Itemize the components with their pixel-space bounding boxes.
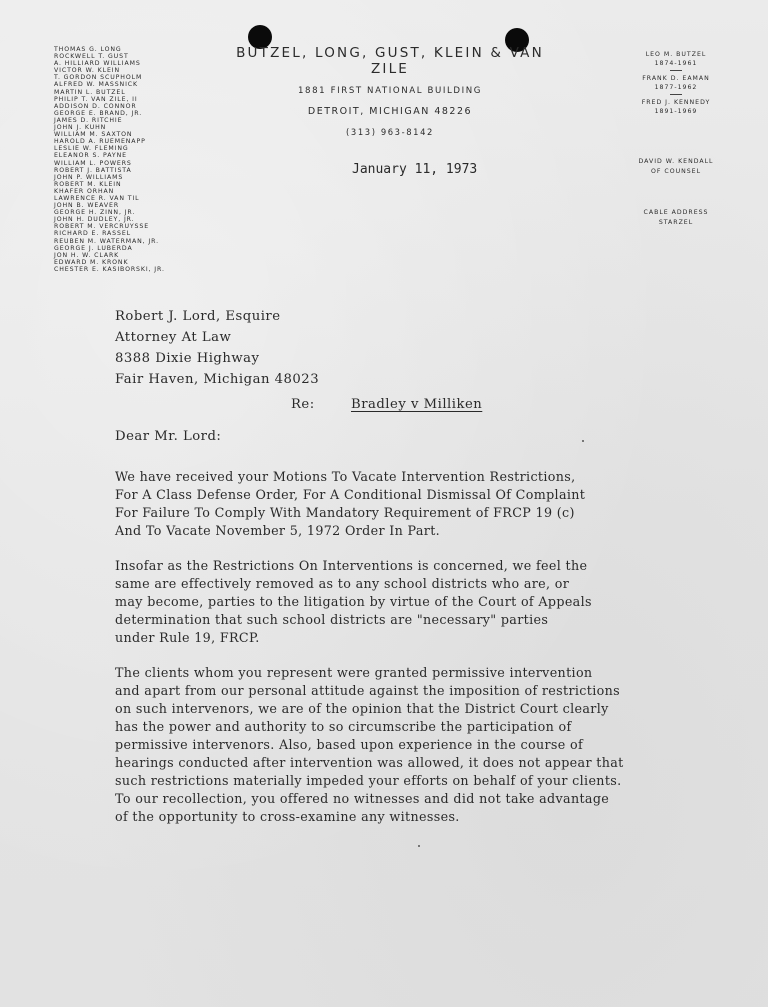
case-name: Bradley v Milliken: [351, 397, 486, 412]
firm-city: DETROIT, MICHIGAN 48226: [220, 106, 560, 117]
partner-name: RICHARD E. RASSEL: [54, 230, 165, 237]
partner-name: JOHN J. KUHN: [54, 124, 165, 131]
paragraph-line: To our recollection, you offered no witn…: [115, 790, 715, 808]
partner-name: KHAFER ORHAN: [54, 188, 165, 195]
of-counsel-label: OF COUNSEL: [620, 167, 732, 177]
partner-name: JOHN H. DUDLEY, JR.: [54, 216, 165, 223]
partner-name: REUBEN M. WATERMAN, JR.: [54, 238, 165, 245]
paragraph-line: For A Class Defense Order, For A Conditi…: [115, 486, 715, 504]
paragraph-line: We have received your Motions To Vacate …: [115, 468, 715, 486]
paragraph-3: The clients whom you represent were gran…: [115, 664, 715, 826]
divider: [670, 94, 682, 95]
firm-phone: (313) 963-8142: [220, 127, 560, 137]
partner-name: JON H. W. CLARK: [54, 252, 165, 259]
partner-name: HAROLD A. RUEMENAPP: [54, 138, 165, 145]
paragraph-line: For Failure To Comply With Mandatory Req…: [115, 504, 715, 522]
of-counsel: DAVID W. KENDALL OF COUNSEL: [620, 157, 732, 177]
partner-name: ELEANOR S. PAYNE: [54, 152, 165, 159]
letter-page: THOMAS G. LONGROCKWELL T. GUSTA. HILLIAR…: [0, 0, 768, 1007]
memorial-entry: LEO M. BUTZEL 1874-1961: [620, 50, 732, 68]
partner-name: CHESTER E. KASIBORSKI, JR.: [54, 266, 165, 273]
partner-name: JOHN P. WILLIAMS: [54, 174, 165, 181]
partner-name: WILLIAM M. SAXTON: [54, 131, 165, 138]
partner-name: MARTIN L. BUTZEL: [54, 89, 165, 96]
paragraph-2: Insofar as the Restrictions On Intervent…: [115, 557, 715, 647]
paragraph-line: of the opportunity to cross-examine any …: [115, 808, 715, 826]
partner-name: ROBERT M. VERCRUYSSE: [54, 223, 165, 230]
divider: [670, 70, 682, 71]
paragraph-1: We have received your Motions To Vacate …: [115, 468, 715, 540]
partners-list: THOMAS G. LONGROCKWELL T. GUSTA. HILLIAR…: [54, 46, 165, 273]
firm-name: BUTZEL, LONG, GUST, KLEIN & VAN ZILE: [220, 45, 560, 77]
paragraph-line: on such intervenors, we are of the opini…: [115, 700, 715, 718]
paragraph-line: hearings conducted after intervention wa…: [115, 754, 715, 772]
partner-name: VICTOR W. KLEIN: [54, 67, 165, 74]
paragraph-line: permissive intervenors. Also, based upon…: [115, 736, 715, 754]
letter-date: January 11, 1973: [352, 162, 477, 177]
paragraph-line: and apart from our personal attitude aga…: [115, 682, 715, 700]
partner-name: LESLIE W. FLEMING: [54, 145, 165, 152]
memorial-name: LEO M. BUTZEL: [620, 50, 732, 59]
letterhead: BUTZEL, LONG, GUST, KLEIN & VAN ZILE 188…: [220, 45, 560, 137]
partner-name: GEORGE E. BRAND, JR.: [54, 110, 165, 117]
partner-name: LAWRENCE R. VAN TIL: [54, 195, 165, 202]
partner-name: JAMES D. RITCHIE: [54, 117, 165, 124]
partner-name: EDWARD M. KRONK: [54, 259, 165, 266]
memorial-entry: FRANK D. EAMAN 1877-1962: [620, 74, 732, 92]
cable-value: STARZEL: [620, 218, 732, 228]
paragraph-line: same are effectively removed as to any s…: [115, 575, 715, 593]
paragraph-line: determination that such school districts…: [115, 611, 715, 629]
paragraph-line: under Rule 19, FRCP.: [115, 629, 715, 647]
partner-name: ROBERT M. KLEIN: [54, 181, 165, 188]
of-counsel-name: DAVID W. KENDALL: [620, 157, 732, 167]
firm-address: 1881 FIRST NATIONAL BUILDING: [220, 86, 560, 96]
re-label: Re:: [291, 397, 351, 412]
partner-name: GEORGE H. ZINN, JR.: [54, 209, 165, 216]
recipient-title: Attorney At Law: [115, 327, 319, 348]
memorial-years: 1891-1969: [620, 107, 732, 116]
paragraph-line: such restrictions materially impeded you…: [115, 772, 715, 790]
memorial-entry: FRED J. KENNEDY 1891-1969: [620, 98, 732, 116]
paragraph-line: has the power and authority to so circum…: [115, 718, 715, 736]
partner-name: JOHN B. WEAVER: [54, 202, 165, 209]
partner-name: WILLIAM L. POWERS: [54, 160, 165, 167]
paragraph-line: Insofar as the Restrictions On Intervent…: [115, 557, 715, 575]
partner-name: ADDISON D. CONNOR: [54, 103, 165, 110]
memorial-name: FRANK D. EAMAN: [620, 74, 732, 83]
memorial-list: LEO M. BUTZEL 1874-1961 FRANK D. EAMAN 1…: [620, 50, 732, 116]
paper-speck: [582, 440, 584, 442]
partner-name: PHILIP T. VAN ZILE, II: [54, 96, 165, 103]
paragraph-line: may become, parties to the litigation by…: [115, 593, 715, 611]
recipient-city: Fair Haven, Michigan 48023: [115, 369, 319, 390]
partner-name: THOMAS G. LONG: [54, 46, 165, 53]
memorial-name: FRED J. KENNEDY: [620, 98, 732, 107]
paper-speck: [418, 845, 420, 847]
cable-address: CABLE ADDRESS STARZEL: [620, 208, 732, 228]
cable-label: CABLE ADDRESS: [620, 208, 732, 218]
recipient-street: 8388 Dixie Highway: [115, 348, 319, 369]
subject-line: Re:Bradley v Milliken: [291, 397, 486, 412]
partner-name: ALFRED W. MASSNICK: [54, 81, 165, 88]
partner-name: T. GORDON SCUPHOLM: [54, 74, 165, 81]
partner-name: ROBERT J. BATTISTA: [54, 167, 165, 174]
recipient-address: Robert J. Lord, Esquire Attorney At Law …: [115, 306, 319, 390]
paragraph-line: And To Vacate November 5, 1972 Order In …: [115, 522, 715, 540]
paragraph-line: The clients whom you represent were gran…: [115, 664, 715, 682]
memorial-years: 1877-1962: [620, 83, 732, 92]
partner-name: ROCKWELL T. GUST: [54, 53, 165, 60]
recipient-name: Robert J. Lord, Esquire: [115, 306, 319, 327]
partner-name: A. HILLIARD WILLIAMS: [54, 60, 165, 67]
memorial-years: 1874-1961: [620, 59, 732, 68]
partner-name: GEORGE J. LUBERDA: [54, 245, 165, 252]
salutation: Dear Mr. Lord:: [115, 429, 221, 444]
